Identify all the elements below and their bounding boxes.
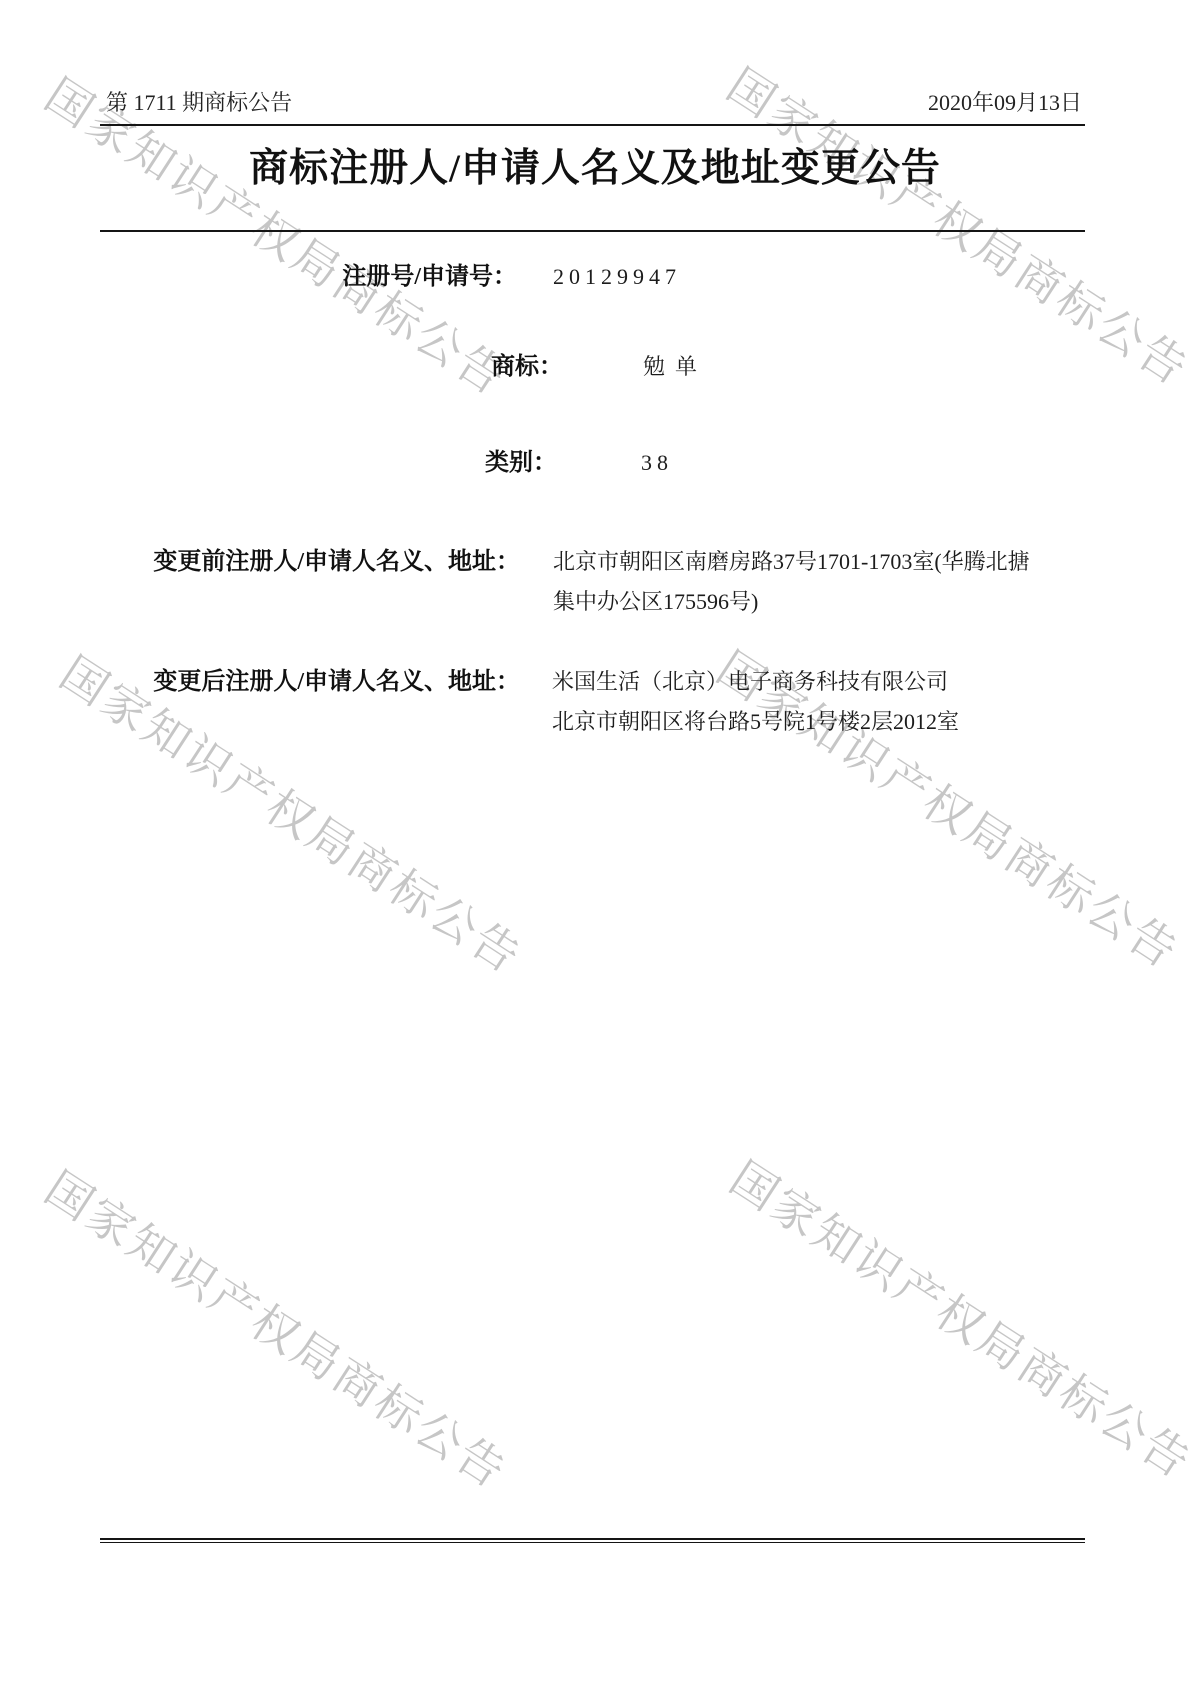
field-value-class: 38	[641, 448, 673, 478]
after-change-line-2: 北京市朝阳区将台路5号院1号楼2层2012室	[552, 702, 959, 742]
field-label-after-change: 变更后注册人/申请人名义、地址：	[153, 667, 520, 697]
field-label-trademark: 商标：	[491, 352, 563, 382]
before-change-line-2: 集中办公区175596号)	[553, 582, 1030, 622]
before-change-line-1: 北京市朝阳区南磨房路37号1701-1703室(华腾北搪	[553, 542, 1030, 582]
field-value-registration-number: 20129947	[553, 262, 681, 292]
field-label-class: 类别：	[485, 448, 557, 478]
header-divider-line	[100, 124, 1085, 126]
field-label-before-change: 变更前注册人/申请人名义、地址：	[153, 547, 520, 577]
title-divider-line	[100, 230, 1085, 232]
after-change-line-1: 米国生活（北京）电子商务科技有限公司	[552, 662, 959, 702]
field-value-trademark: 勉单	[643, 352, 707, 382]
field-value-after-change: 米国生活（北京）电子商务科技有限公司 北京市朝阳区将台路5号院1号楼2层2012…	[552, 662, 959, 742]
field-label-registration-number: 注册号/申请号：	[342, 262, 517, 292]
gazette-content: 第 1711 期商标公告 2020年09月13日 商标注册人/申请人名义及地址变…	[0, 0, 1190, 1684]
footer-divider-line	[100, 1538, 1085, 1543]
gazette-issue-number: 第 1711 期商标公告	[106, 90, 292, 116]
gazette-page: 国家知识产权局商标公告 国家知识产权局商标公告 国家知识产权局商标公告 国家知识…	[0, 0, 1190, 1684]
gazette-date: 2020年09月13日	[928, 90, 1082, 116]
field-value-before-change: 北京市朝阳区南磨房路37号1701-1703室(华腾北搪 集中办公区175596…	[553, 542, 1030, 622]
announcement-title: 商标注册人/申请人名义及地址变更公告	[0, 146, 1190, 192]
